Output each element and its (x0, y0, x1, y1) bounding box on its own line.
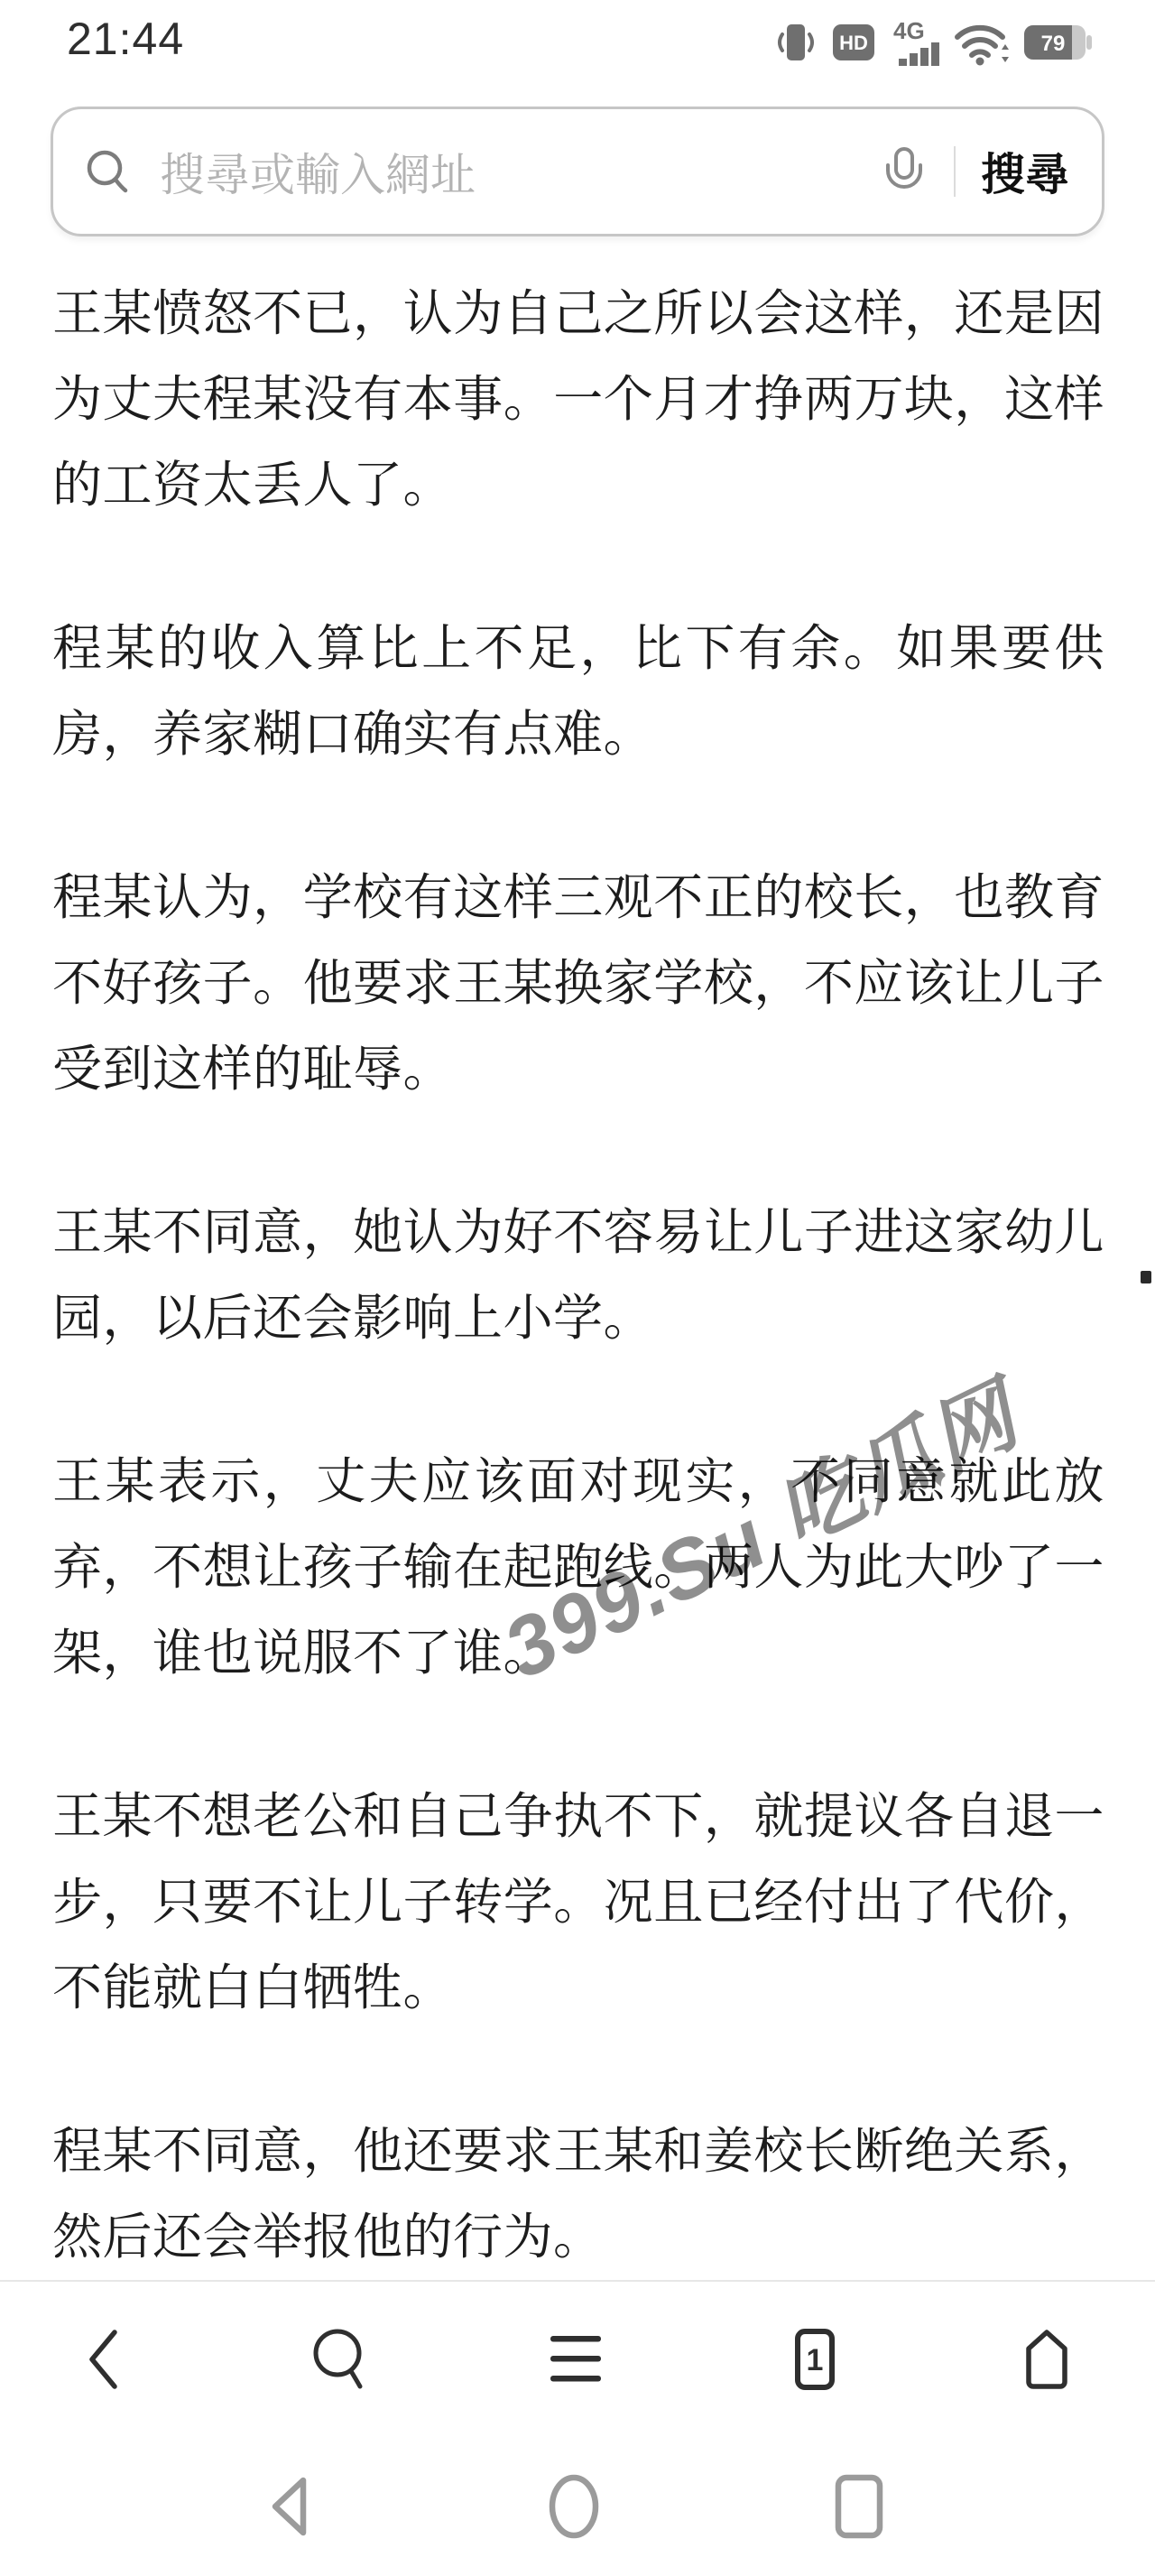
paragraph: 王某不想老公和自己争执不下，就提议各自退一步，只要不让儿子转学。况且已经付出了代… (52, 1774, 1104, 2031)
search-icon (84, 147, 133, 196)
paragraph: 王某不同意，她认为好不容易让儿子进这家幼儿园，以后还会影响上小学。 (52, 1190, 1104, 1361)
status-icon-cluster: HD 4G 79 (772, 16, 1094, 69)
battery-icon: 79 (1023, 23, 1094, 61)
menu-button[interactable] (546, 2330, 605, 2388)
android-home-icon[interactable] (542, 2469, 605, 2544)
url-search-bar[interactable]: 搜尋或輸入網址 搜尋 (51, 107, 1104, 236)
network-type-label: 4G (893, 17, 925, 44)
android-nav-bar (0, 2437, 1155, 2576)
browser-toolbar: 1 (0, 2282, 1155, 2437)
tab-count-label: 1 (807, 2343, 824, 2377)
microphone-icon[interactable] (880, 145, 929, 198)
home-button[interactable] (1015, 2324, 1078, 2395)
search-input[interactable]: 搜尋或輸入網址 (160, 139, 880, 204)
search-go-button[interactable]: 搜尋 (981, 140, 1069, 203)
back-button[interactable] (77, 2321, 140, 2397)
wifi-icon (955, 19, 1011, 66)
status-bar: 21:44 HD 4G (0, 0, 1155, 87)
battery-percent-label: 79 (1041, 32, 1066, 56)
clock: 21:44 (67, 13, 184, 65)
vibrate-icon (772, 19, 819, 66)
right-edge-artifact (1141, 1271, 1151, 1283)
hd-badge-icon: HD (832, 23, 875, 62)
android-back-icon[interactable] (261, 2469, 324, 2544)
paragraph: 程某认为，学校有这样三观不正的校长，也教育不好孩子。他要求王某换家学校，不应该让… (52, 855, 1104, 1112)
divider (954, 146, 956, 197)
paragraph: 程某不同意，他还要求王某和姜校长断绝关系，然后还会举报他的行为。 (52, 2108, 1104, 2280)
paragraph: 王某愤怒不已，认为自己之所以会这样，还是因为丈夫程某没有本事。一个月才挣两万块，… (52, 271, 1104, 528)
article-body: 王某愤怒不已，认为自己之所以会这样，还是因为丈夫程某没有本事。一个月才挣两万块，… (52, 271, 1104, 2358)
paragraph: 程某的收入算比上不足，比下有余。如果要供房，养家糊口确实有点难。 (52, 606, 1104, 777)
android-recents-icon[interactable] (827, 2469, 891, 2544)
tabs-button[interactable]: 1 (783, 2324, 846, 2395)
search-tool-button[interactable] (308, 2323, 374, 2395)
cellular-signal-icon: 4G (888, 17, 942, 68)
hd-badge-label: HD (839, 32, 868, 54)
